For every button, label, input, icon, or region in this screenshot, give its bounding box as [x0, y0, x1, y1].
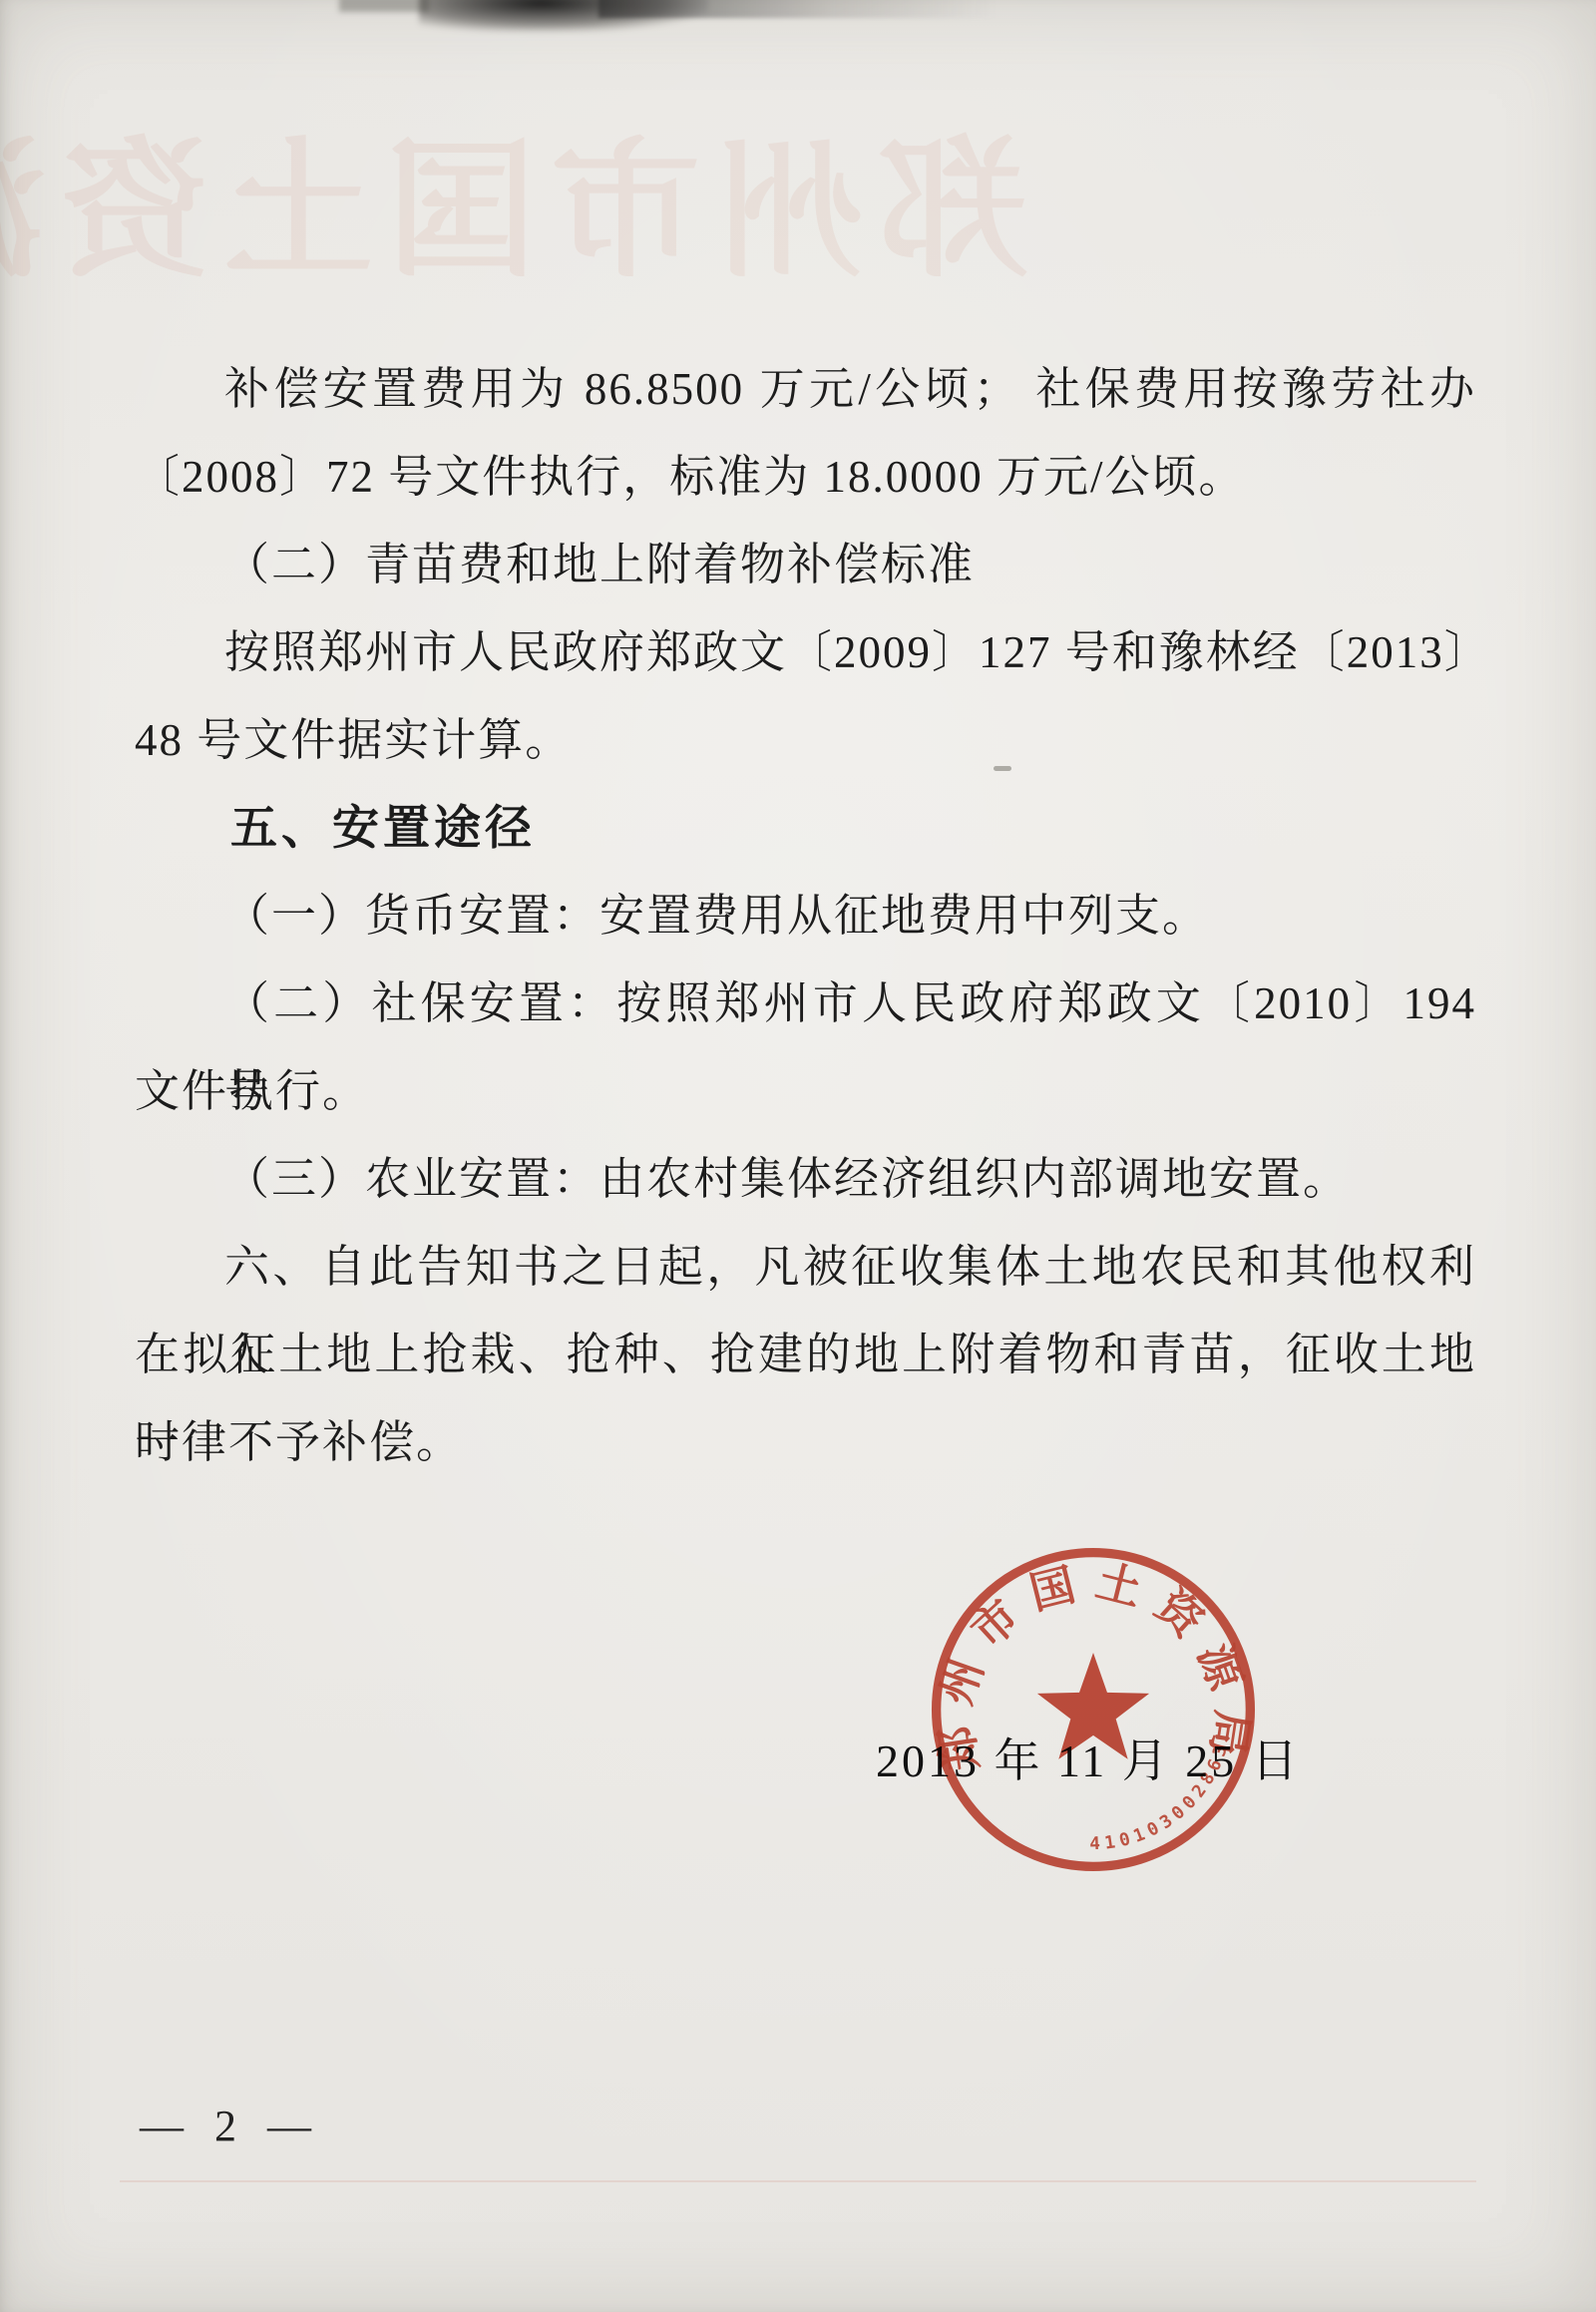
- body-line: （三）农业安置：由农村集体经济组织内部调地安置。: [135, 1135, 1476, 1223]
- official-seal: 郑州市国土资源局 410103002863: [918, 1534, 1269, 1885]
- body-line: 按照郑州市人民政府郑政文〔2009〕127 号和豫林经〔2013〕: [135, 608, 1476, 696]
- body-line: （二）青苗费和地上附着物补偿标准: [135, 521, 1476, 608]
- document-body: 补偿安置费用为 86.8500 万元/公顷； 社保费用按豫劳社办 〔2008〕7…: [135, 345, 1476, 1486]
- body-line: 在拟征土地上抢栽、抢种、抢建的地上附着物和青苗，征收土地时: [135, 1311, 1476, 1398]
- body-line: 六、自此告知书之日起，凡被征收集体土地农民和其他权利人: [135, 1223, 1476, 1311]
- page-number: — 2 —: [140, 2101, 321, 2151]
- bleedthrough-line-ghost: [120, 2180, 1476, 2182]
- bleedthrough-title-ghost: 郑州市国土资源局: [130, 138, 1027, 287]
- body-line: 补偿安置费用为 86.8500 万元/公顷； 社保费用按豫劳社办: [135, 345, 1476, 433]
- body-line: 48 号文件据实计算。: [135, 696, 1476, 784]
- body-line: （二）社保安置：按照郑州市人民政府郑政文〔2010〕194 号: [135, 960, 1476, 1047]
- body-line: 一律不予补偿。: [135, 1398, 1476, 1486]
- svg-text:410103002863: 410103002863: [1089, 1738, 1233, 1854]
- body-line: 文件执行。: [135, 1047, 1476, 1135]
- seal-star-icon: [1037, 1653, 1149, 1759]
- scanned-document-page: 郑州市国土资源局 补偿安置费用为 86.8500 万元/公顷； 社保费用按豫劳社…: [0, 0, 1596, 2312]
- seal-serial-number: 410103002863: [1089, 1738, 1233, 1854]
- body-line: （一）货币安置：安置费用从征地费用中列支。: [135, 872, 1476, 960]
- body-line: 〔2008〕72 号文件执行，标准为 18.0000 万元/公顷。: [135, 433, 1476, 521]
- scanner-artifact-smudge: [339, 0, 429, 12]
- scan-artifact-dash: [994, 766, 1011, 771]
- scanner-artifact-smudge: [598, 0, 1017, 18]
- section-heading: 五、安置途径: [135, 784, 1476, 872]
